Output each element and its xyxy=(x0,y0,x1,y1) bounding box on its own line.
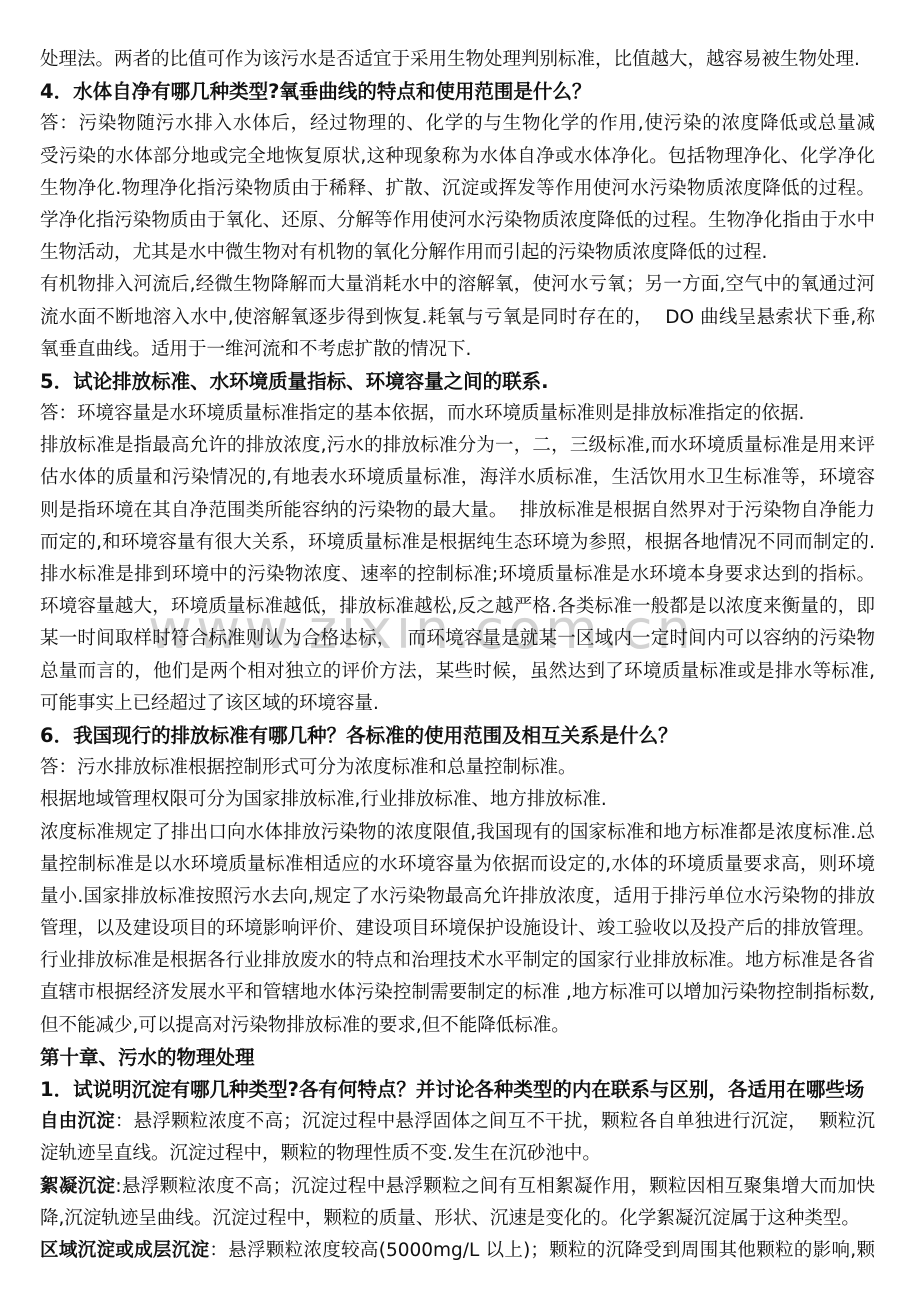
heading-question-6: 6．我国现行的排放标准有哪几种？各标准的使用范围及相互关系是什么？ xyxy=(40,720,875,752)
text-line: 答：环境容量是水环境质量标准指定的基本依据，而水环境质量标准则是排放标准指定的依… xyxy=(40,398,875,430)
text-line: 处理法。两者的比值可作为该污水是否适宜于采用生物处理判别标准，比值越大，越容易被… xyxy=(40,44,875,76)
text-line: 有机物排入河流后,经微生物降解而大量消耗水中的溶解氧，使河水亏氧；另一方面,空气… xyxy=(40,269,875,301)
text-line: 根据地域管理权限可分为国家排放标准,行业排放标准、地方排放标准. xyxy=(40,784,875,816)
text-line: 生物活动，尤其是水中微生物对有机物的氧化分解作用而引起的污染物质浓度降低的过程. xyxy=(40,237,875,269)
text-line: 行业排放标准是根据各行业排放废水的特点和治理技术水平制定的国家行业排放标准。地方… xyxy=(40,945,875,977)
document-content: 处理法。两者的比值可作为该污水是否适宜于采用生物处理判别标准，比值越大，越容易被… xyxy=(40,44,875,1267)
text-line-flocculent-settling: 絮凝沉淀:悬浮颗粒浓度不高；沉淀过程中悬浮颗粒之间有互相絮凝作用，颗粒因相互聚集… xyxy=(40,1171,875,1203)
text-line: 答：污染物随污水排入水体后，经过物理的、化学的与生物化学的作用,使污染的浓度降低… xyxy=(40,108,875,140)
text-line: 排放标准是指最高允许的排放浓度,污水的排放标准分为一，二，三级标准,而水环境质量… xyxy=(40,430,875,462)
text-line: 总量而言的，他们是两个相对独立的评价方法，某些时候，虽然达到了环境质量标准或是排… xyxy=(40,656,875,688)
text-line: 环境容量越大，环境质量标准越低，排放标准越松,反之越严格.各类标准一般都是以浓度… xyxy=(40,591,875,623)
text-line: 量小.国家排放标准按照污水去向,规定了水污染物最高允许排放浓度，适用于排污单位水… xyxy=(40,881,875,913)
text-line: 受污染的水体部分地或完全地恢复原状,这种现象称为水体自净或水体净化。包括物理净化… xyxy=(40,141,875,173)
text-line: 流水面不断地溶入水中,使溶解氧逐步得到恢复.耗氧与亏氧是同时存在的， DO 曲线… xyxy=(40,302,875,334)
heading-question-1: 1．试说明沉淀有哪几种类型?各有何特点？并讨论各种类型的内在联系与区别，各适用在… xyxy=(40,1074,875,1106)
text-line: 氧垂直曲线。适用于一维河流和不考虑扩散的情况下. xyxy=(40,334,875,366)
document-page: www.zixin.com.cn 处理法。两者的比值可作为该污水是否适宜于采用生… xyxy=(0,0,920,1302)
text-line: 浓度标准规定了排出口向水体排放污染物的浓度限值,我国现有的国家标准和地方标准都是… xyxy=(40,817,875,849)
text-line: 淀轨迹呈直线。沉淀过程中，颗粒的物理性质不变.发生在沉砂池中。 xyxy=(40,1138,875,1170)
text-line: 降,沉淀轨迹呈曲线。沉淀过程中，颗粒的质量、形状、沉速是变化的。化学絮凝沉淀属于… xyxy=(40,1203,875,1235)
text-line: 可能事实上已经超过了该区域的环境容量. xyxy=(40,688,875,720)
heading-question-4: 4．水体自净有哪几种类型?氧垂曲线的特点和使用范围是什么？ xyxy=(40,76,875,108)
text-line-free-settling: 自由沉淀：悬浮颗粒浓度不高；沉淀过程中悬浮固体之间互不干扰，颗粒各自单独进行沉淀… xyxy=(40,1106,875,1138)
text-line: 学净化指污染物质由于氧化、还原、分解等作用使河水污染物质浓度降低的过程。生物净化… xyxy=(40,205,875,237)
text-line: 排水标准是排到环境中的污染物浓度、速率的控制标准;环境质量标准是水环境本身要求达… xyxy=(40,559,875,591)
text-line: 生物净化.物理净化指污染物质由于稀释、扩散、沉淀或挥发等作用使河水污染物质浓度降… xyxy=(40,173,875,205)
chapter-heading: 第十章、污水的物理处理 xyxy=(40,1042,875,1074)
text-line: 直辖市根据经济发展水平和管辖地水体污染控制需要制定的标准 ,地方标准可以增加污染… xyxy=(40,977,875,1009)
text-line: 估水体的质量和污染情况的,有地表水环境质量标准，海洋水质标准，生活饮用水卫生标准… xyxy=(40,462,875,494)
text-line: 管理，以及建设项目的环境影响评价、建设项目环境保护设施设计、竣工验收以及投产后的… xyxy=(40,913,875,945)
heading-question-5: 5．试论排放标准、水环境质量指标、环境容量之间的联系. xyxy=(40,366,875,398)
text-line: 而定的,和环境容量有很大关系，环境质量标准是根据纯生态环境为参照，根据各地情况不… xyxy=(40,527,875,559)
text-line-zone-settling: 区域沉淀或成层沉淀：悬浮颗粒浓度较高(5000mg/L 以上)；颗粒的沉降受到周… xyxy=(40,1235,875,1267)
text-line: 答：污水排放标准根据控制形式可分为浓度标准和总量控制标准。 xyxy=(40,752,875,784)
text-line: 但不能减少,可以提高对污染物排放标准的要求,但不能降低标准。 xyxy=(40,1010,875,1042)
text-line: 量控制标准是以水环境质量标准相适应的水环境容量为依据而设定的,水体的环境质量要求… xyxy=(40,849,875,881)
text-line: 则是指环境在其自净范围类所能容纳的污染物的最大量。 排放标准是根据自然界对于污染… xyxy=(40,495,875,527)
text-line: 某一时间取样时符合标准则认为合格达标， 而环境容量是就某一区域内一定时间内可以容… xyxy=(40,623,875,655)
